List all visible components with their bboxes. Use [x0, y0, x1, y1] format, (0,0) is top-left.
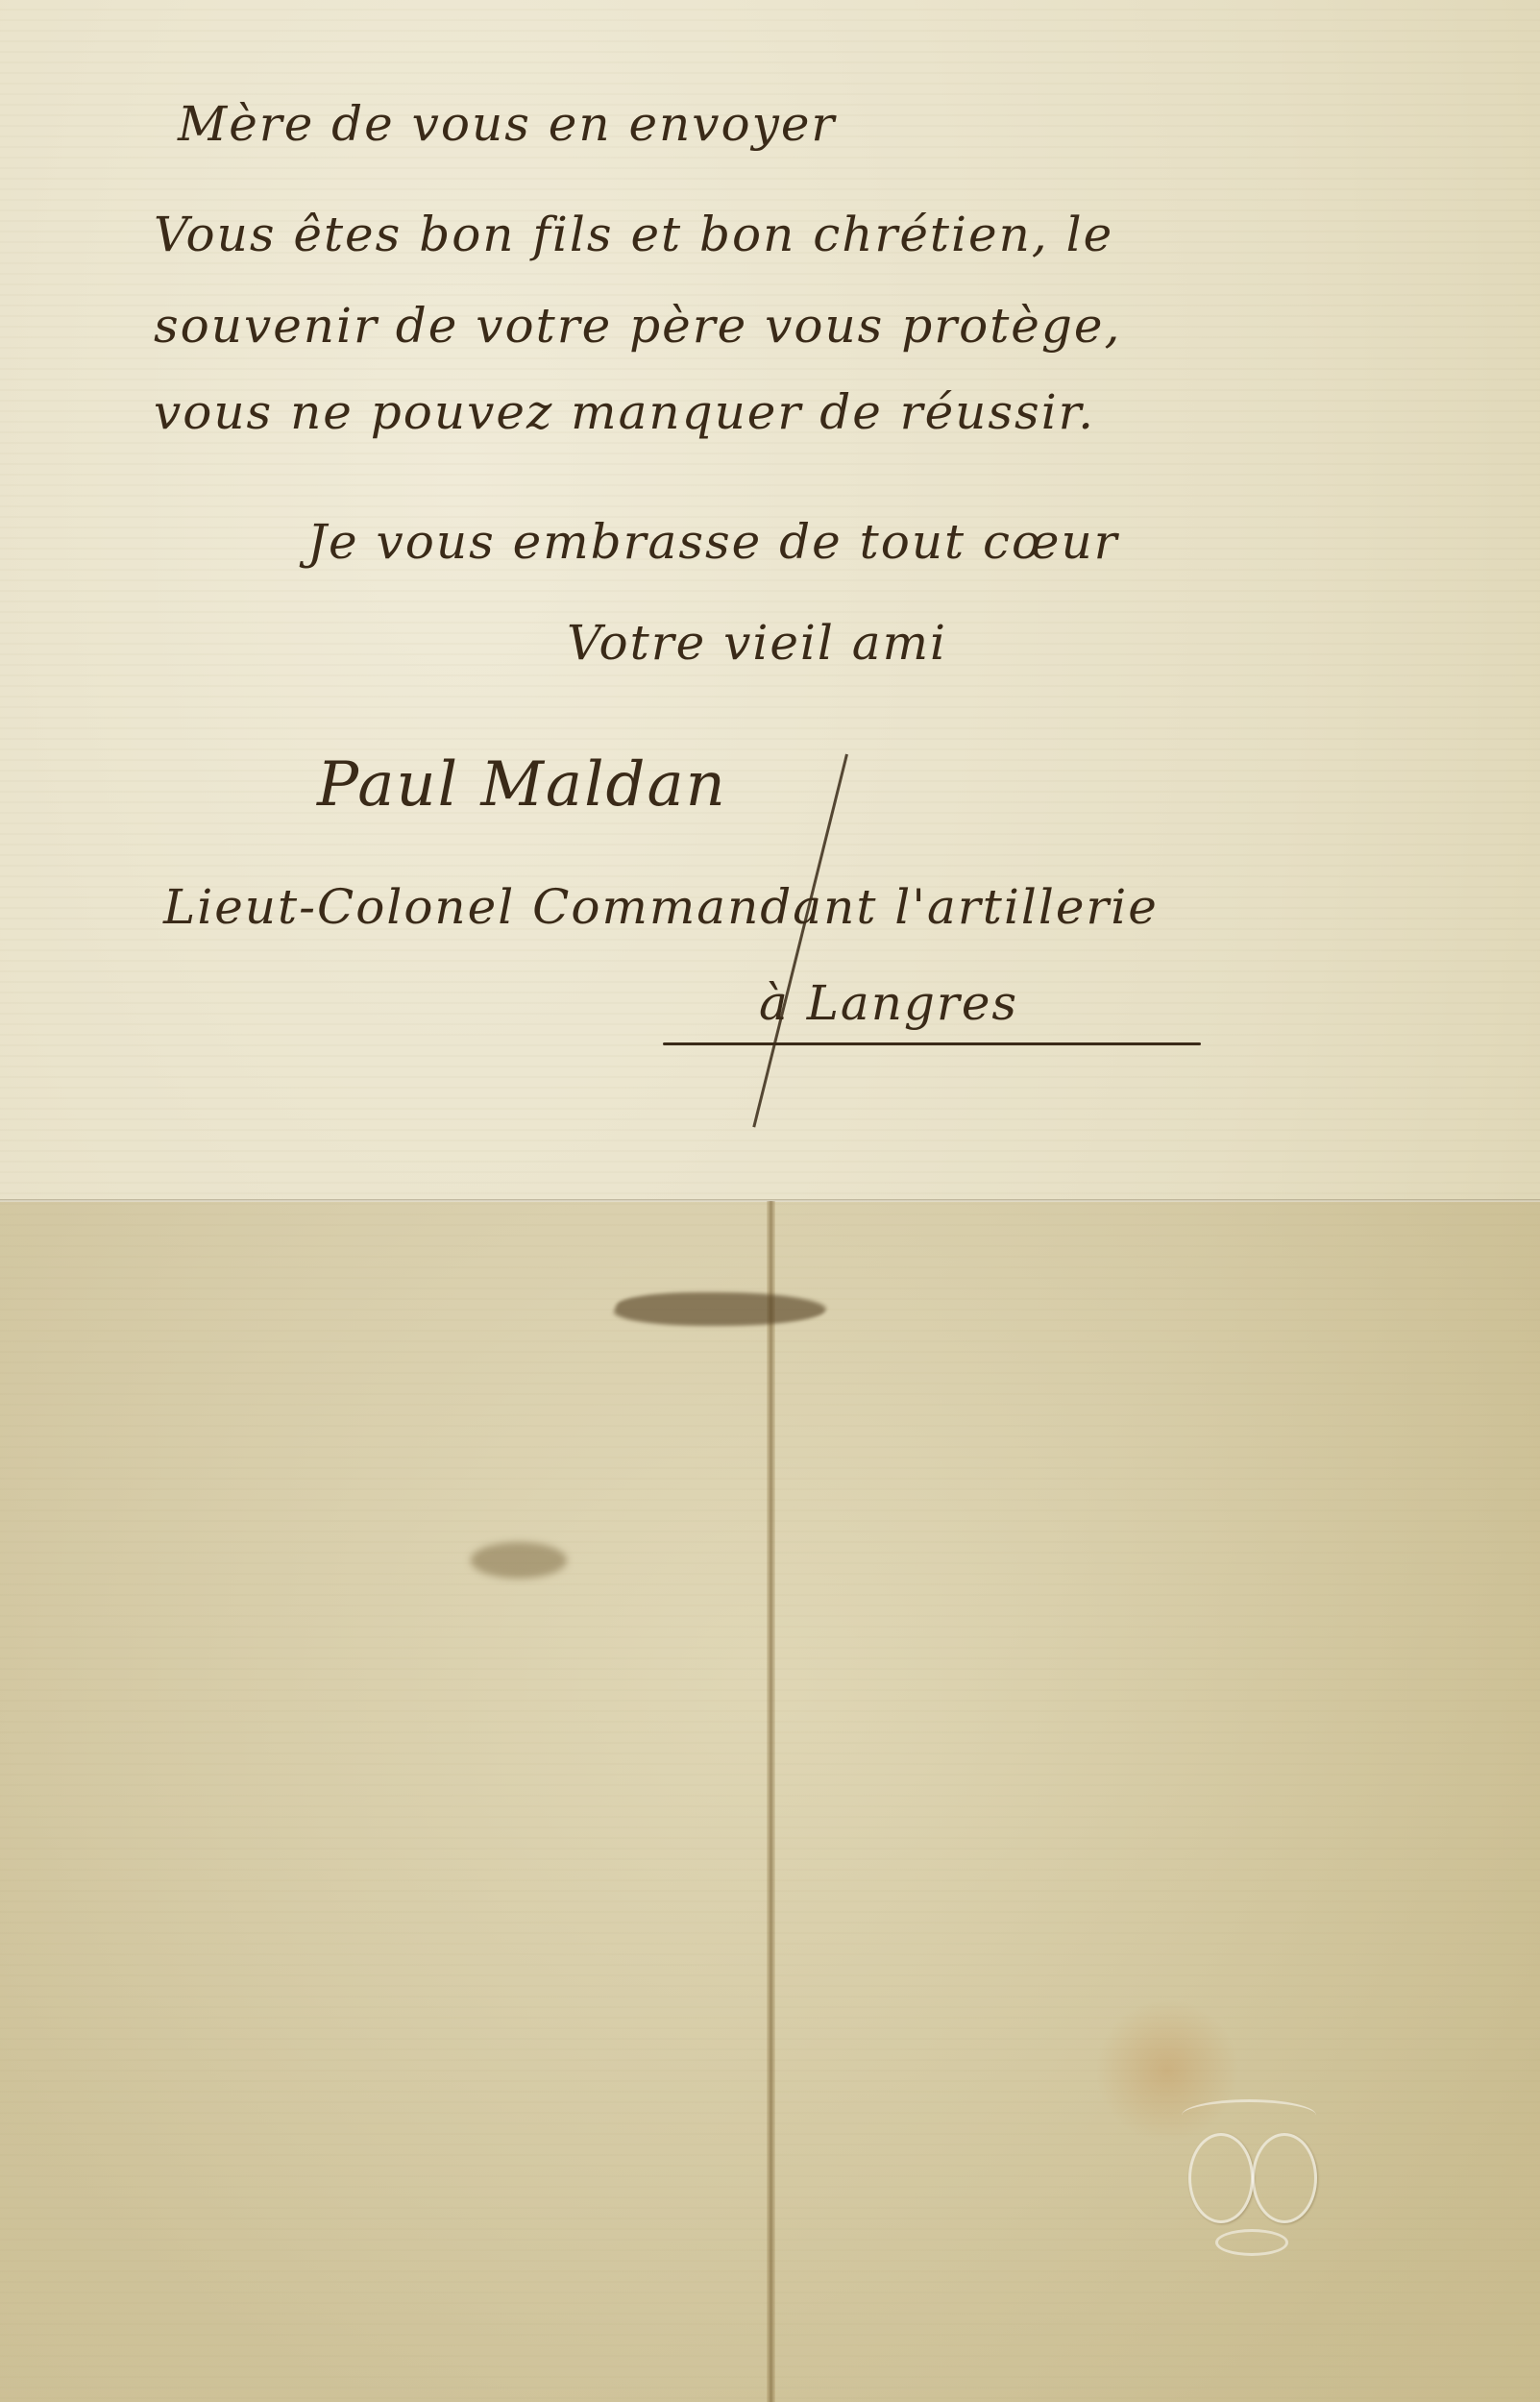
ink-smudge — [471, 1542, 567, 1579]
body-line-4: vous ne pouvez manquer de réussir. — [154, 384, 1095, 440]
signature: Paul Maldan — [317, 749, 727, 821]
stamp-crest — [1182, 2099, 1316, 2131]
body-line-1: Mère de vous en envoyer — [178, 96, 836, 152]
signature-underline — [663, 1042, 1201, 1045]
body-line-2: Vous êtes bon fils et bon chrétien, le — [154, 207, 1113, 262]
signer-title: Lieut-Colonel Commandant l'artillerie — [163, 879, 1159, 935]
stamp-oval-left — [1188, 2133, 1254, 2223]
body-line-3: souvenir de votre père vous protège, — [154, 298, 1121, 354]
stamp-base — [1215, 2229, 1288, 2256]
embossed-monogram-stamp — [1158, 2095, 1340, 2258]
vertical-fold-line — [767, 1201, 775, 2402]
closing-line: Je vous embrasse de tout cœur — [307, 514, 1119, 570]
signer-location: à Langres — [759, 975, 1018, 1031]
valediction: Votre vieil ami — [567, 615, 947, 671]
stamp-oval-right — [1252, 2133, 1317, 2223]
